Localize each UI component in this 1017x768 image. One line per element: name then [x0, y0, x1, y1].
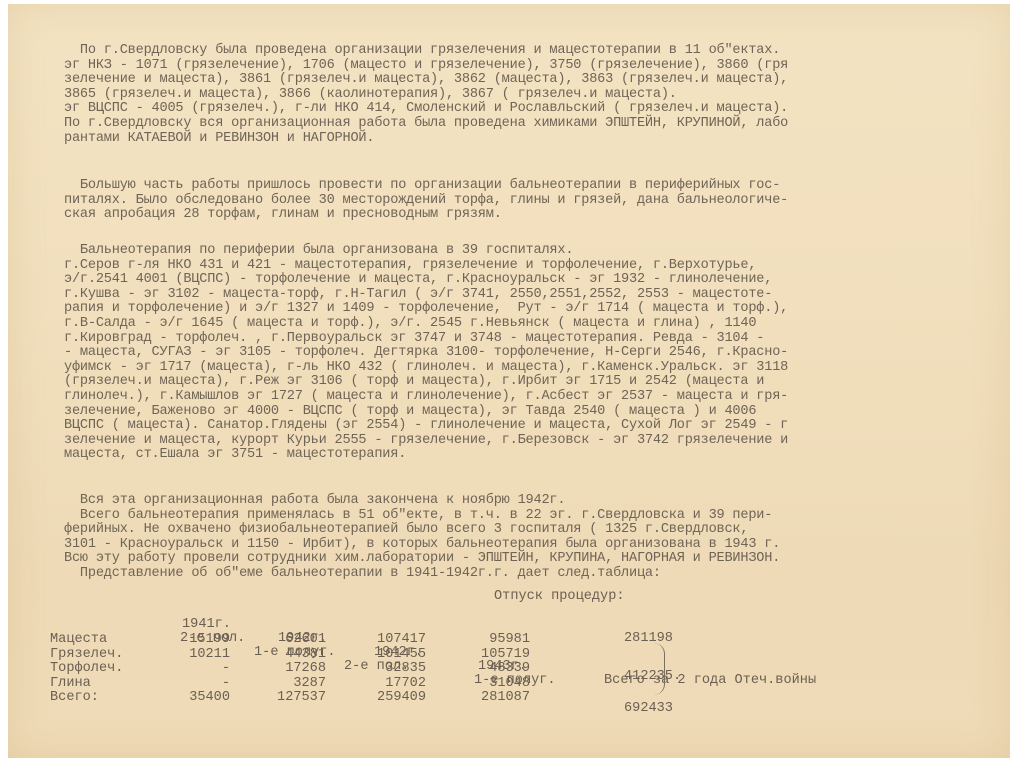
row-value: 35400: [189, 691, 230, 705]
row-value: 31048: [489, 677, 530, 691]
text-line: Бальнеотерапия по периферии была организ…: [64, 244, 1017, 259]
table-row: Торфолеч.-172683283548339: [64, 662, 664, 676]
row-value: 101455: [377, 648, 426, 662]
table-row: Всего:35400127537259409281087: [64, 691, 664, 705]
text-line: уфимск - эг 1717 (мацеста), г-ль НКО 432…: [64, 361, 1017, 376]
text-line: рантами КАТАЕВОЙ и РЕВИНЗОН и НАГОРНОЙ.: [64, 132, 1017, 147]
table-header-periods: 2-е пол. 1-е полуг. 2-е пол. 1-е полуг.: [64, 618, 964, 632]
text-line: питалях. Было обследовано более 30 место…: [64, 194, 1017, 209]
text-line: зелечение, Баженово эг 4000 - ВЦСПС ( то…: [64, 405, 1017, 420]
text-line: г.Серов г-ля НКО 431 и 421 - мацестотера…: [64, 259, 1017, 274]
text-line: г.Кушва - эг 3102 - мацеста-торф, г.Н-Та…: [64, 288, 1017, 303]
row-value: 95981: [489, 633, 530, 647]
text-line: зелечение и мацеста, курорт Курьи 2555 -…: [64, 434, 1017, 449]
row-value: 127537: [277, 691, 326, 705]
text-line: г.Кировград - торфолеч. , г.Первоуральск…: [64, 332, 1017, 347]
text-line: ВЦСПС ( мацеста). Санатор.Глядены (эг 25…: [64, 419, 1017, 434]
table-row: Грязелеч.1021144381101455105719: [64, 648, 664, 662]
text-line: (грязелеч.и мацеста), г.Реж эг 3106 ( то…: [64, 375, 1017, 390]
row-value: 105719: [481, 648, 530, 662]
row-label: Торфолеч.: [50, 662, 123, 676]
table-caption: Отпуск процедур:: [494, 590, 625, 604]
row-value: 17268: [285, 662, 326, 676]
text-line: По г.Свердловску вся организационная раб…: [64, 117, 1017, 132]
paragraph-summary: Вся эта организационная работа была зако…: [64, 494, 1017, 582]
paragraph-periphery-list: Бальнеотерапия по периферии была организ…: [64, 244, 1017, 463]
text-line: ферийных. Не охвачено физиобальнеотерапи…: [64, 523, 1017, 538]
row-label: Всего:: [50, 691, 99, 705]
row-label: Грязелеч.: [50, 648, 123, 662]
table-header-years: 1941г. 1942г. 1942г. 1943г. Всего за 2 г…: [64, 604, 964, 618]
row-label: Глина: [50, 677, 91, 691]
row-value: 107417: [377, 633, 426, 647]
row-value: 48339: [489, 662, 530, 676]
row-value: 17702: [385, 677, 426, 691]
total-matsesta: 281198: [624, 632, 673, 646]
text-line: По г.Свердловску была проведена организа…: [64, 44, 1017, 59]
text-line: эг ВЦСПС - 4005 (грязелеч.), г-ли НКО 41…: [64, 102, 1017, 117]
row-value: -: [222, 662, 230, 676]
document-page: По г.Свердловску была проведена организа…: [8, 4, 1010, 758]
row-value: 44381: [285, 648, 326, 662]
text-line: зелечение и мацеста), 3861 (грязелеч.и м…: [64, 73, 1017, 88]
text-line: Всю эту работу провели сотрудники хим.ла…: [64, 552, 1017, 567]
text-line: 3865 (грязелеч.и мацеста), 3866 (каолино…: [64, 88, 1017, 103]
text-line: эг НКЗ - 1071 (грязелечение), 1706 (маце…: [64, 59, 1017, 74]
text-line: мацеста, ст.Ешала эг 3751 - мацестотерап…: [64, 448, 1017, 463]
row-value: 10211: [189, 648, 230, 662]
row-value: 3287: [293, 677, 326, 691]
row-value: 32835: [385, 662, 426, 676]
text-line: - мацеста, СУГАЗ - эг 3105 - торфолеч. Д…: [64, 346, 1017, 361]
text-line: рапия и торфолечение) и э/г 1327 и 1409 …: [64, 302, 1017, 317]
text-line: ская апробация 28 торфам, глинам и пресн…: [64, 208, 1017, 223]
row-value: 259409: [377, 691, 426, 705]
text-line: Представление об об"еме бальнеотерапии в…: [64, 567, 1017, 582]
row-value: 15199: [189, 633, 230, 647]
total-grand: 692433: [624, 702, 673, 716]
text-line: глинолеч.), г.Камышлов эг 1727 ( мацеста…: [64, 390, 1017, 405]
total-grouped: 412235.: [624, 670, 681, 684]
text-line: г.В-Салда - э/г 1645 ( мацеста и торф.),…: [64, 317, 1017, 332]
table-row: Мацеста151996260110741795981: [64, 633, 664, 647]
paragraph-sverdlovsk-sites: По г.Свердловску была проведена организа…: [64, 44, 1017, 146]
row-value: 281087: [481, 691, 530, 705]
text-line: э/г.2541 4001 (ВЦСПС) - торфолечение и м…: [64, 273, 1017, 288]
text-line: Большую часть работы пришлось провести п…: [64, 179, 1017, 194]
row-label: Мацеста: [50, 633, 107, 647]
row-value: 62601: [285, 633, 326, 647]
text-line: Вся эта организационная работа была зако…: [64, 494, 1017, 509]
table-row: Глина-32871770231048: [64, 677, 664, 691]
paragraph-peripheral-hospitals: Большую часть работы пришлось провести п…: [64, 179, 1017, 223]
text-line: Всего бальнеотерапия применялась в 51 об…: [64, 509, 1017, 524]
row-value: -: [222, 677, 230, 691]
